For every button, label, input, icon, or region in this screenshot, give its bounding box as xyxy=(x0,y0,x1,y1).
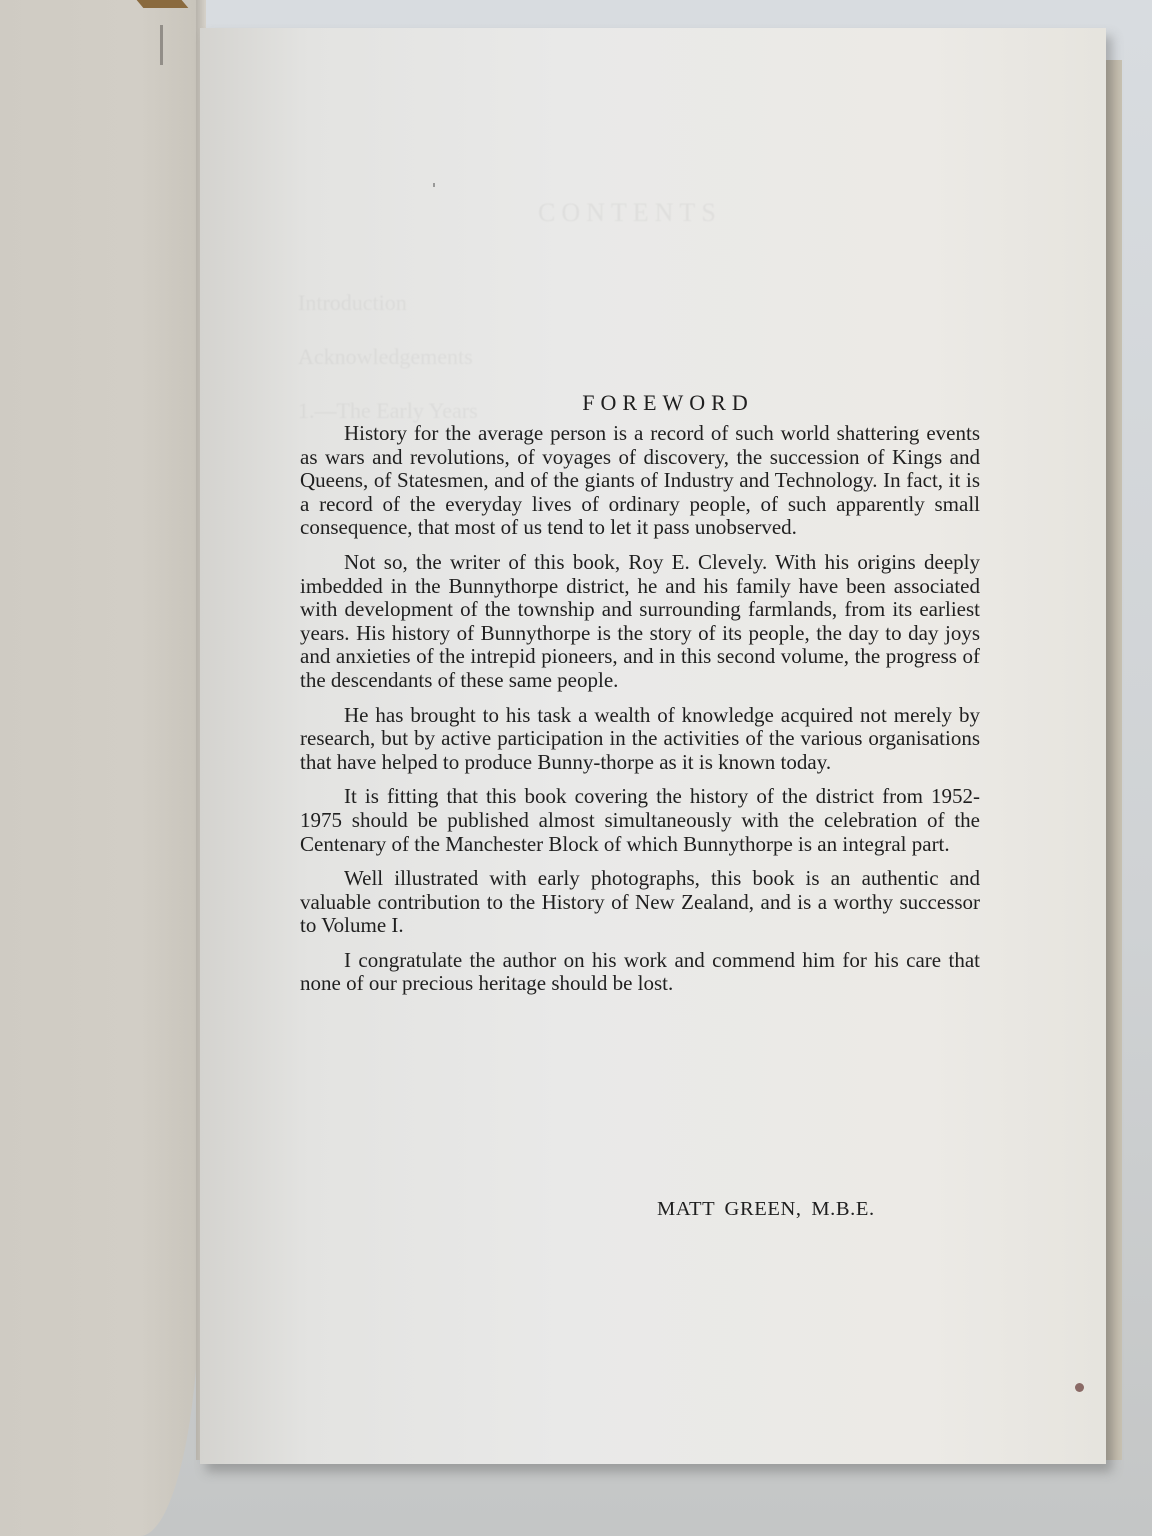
foreword-signature: MATT GREEN, M.B.E. xyxy=(657,1198,875,1221)
foreword-paragraph: Well illustrated with early photographs,… xyxy=(300,867,980,938)
foxing-spot xyxy=(1075,1383,1084,1392)
foreword-paragraph: Not so, the writer of this book, Roy E. … xyxy=(300,551,980,693)
foreword-paragraph: He has brought to his task a wealth of k… xyxy=(300,704,980,775)
cover-edge xyxy=(137,0,189,8)
foreword-paragraph: It is fitting that this book covering th… xyxy=(300,785,980,856)
foreword-title: FOREWORD xyxy=(300,390,980,416)
left-page xyxy=(0,0,200,1536)
foreword-section: FOREWORD History for the average person … xyxy=(300,390,980,1007)
page-edge-mark xyxy=(160,25,163,65)
paper-speck xyxy=(433,183,435,187)
foreword-paragraph: History for the average person is a reco… xyxy=(300,422,980,540)
foreword-paragraph: I congratulate the author on his work an… xyxy=(300,949,980,996)
